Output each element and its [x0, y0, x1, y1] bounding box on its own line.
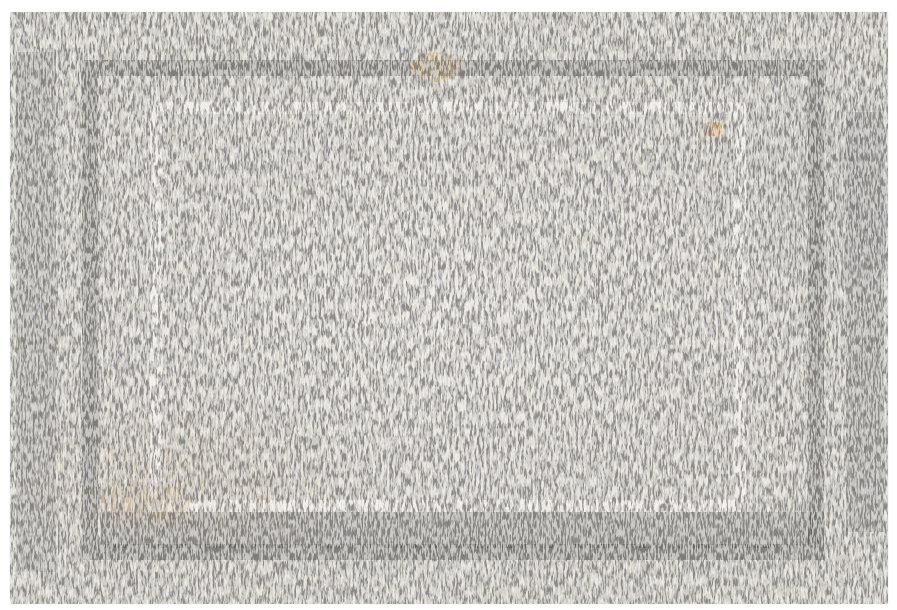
distressed-texture — [10, 12, 888, 604]
rug-photo — [10, 12, 888, 604]
